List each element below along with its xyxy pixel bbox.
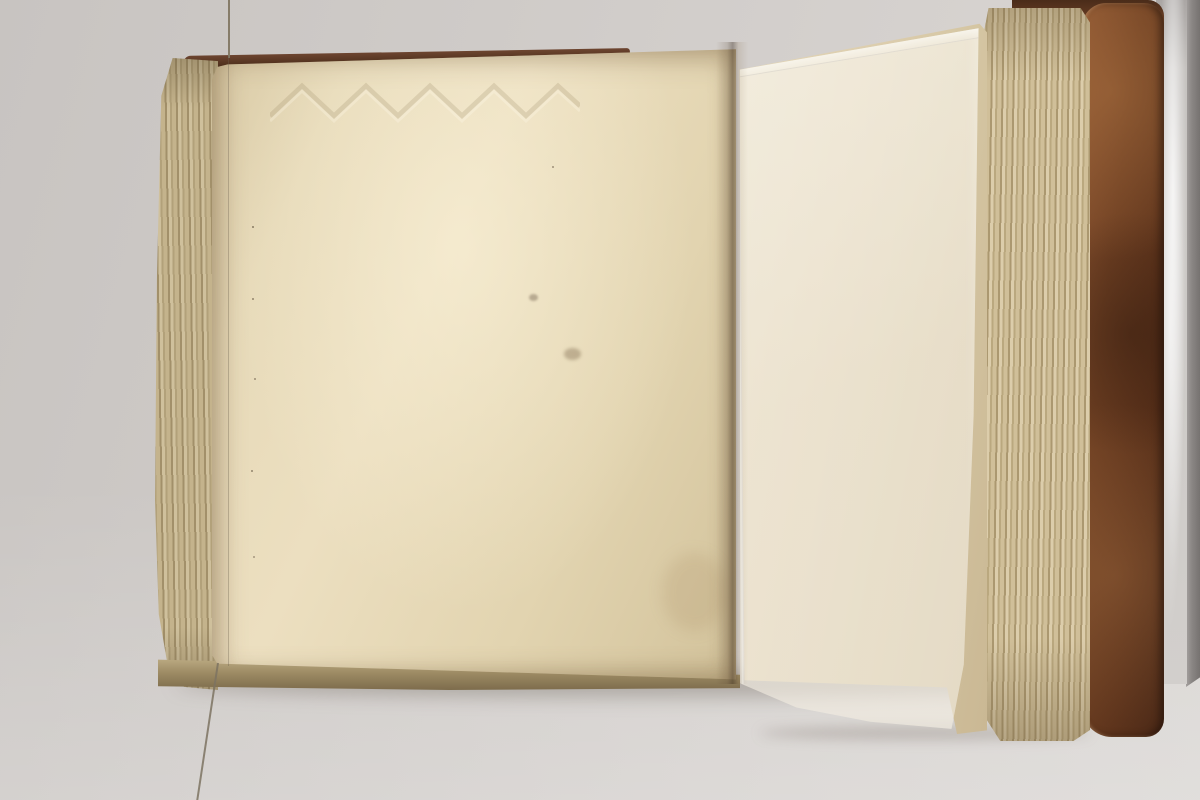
gutter-fold-shadow [716,42,748,684]
fore-edge-right-leaf-stack [972,8,1090,741]
manuscript-photograph: እ፡ወበዥ፡ሰዓት፡ግፅ፡ንዒ፡ኀቤዪ፡ምከሙ፡ፍጹማን፡ምእቅዱስ፡ቤት፡ሕፃ… [0,0,1200,800]
mounting-line [228,56,229,666]
leather-back-cover [1082,3,1164,737]
tissue-interleaf [735,24,981,736]
display-case-edge [1186,0,1200,687]
page-edge-shading [212,48,736,680]
fore-edge-left-leaf-stack [155,58,218,690]
left-page: ትስጉተ፡ቃል፡እምኔኪ፨ለኵሉ፡እጽናፈ፡ዓለም፡ወሐረሱ፡ምድረ፡አሕዛብ፡… [212,48,736,680]
mounting-line [228,0,230,58]
